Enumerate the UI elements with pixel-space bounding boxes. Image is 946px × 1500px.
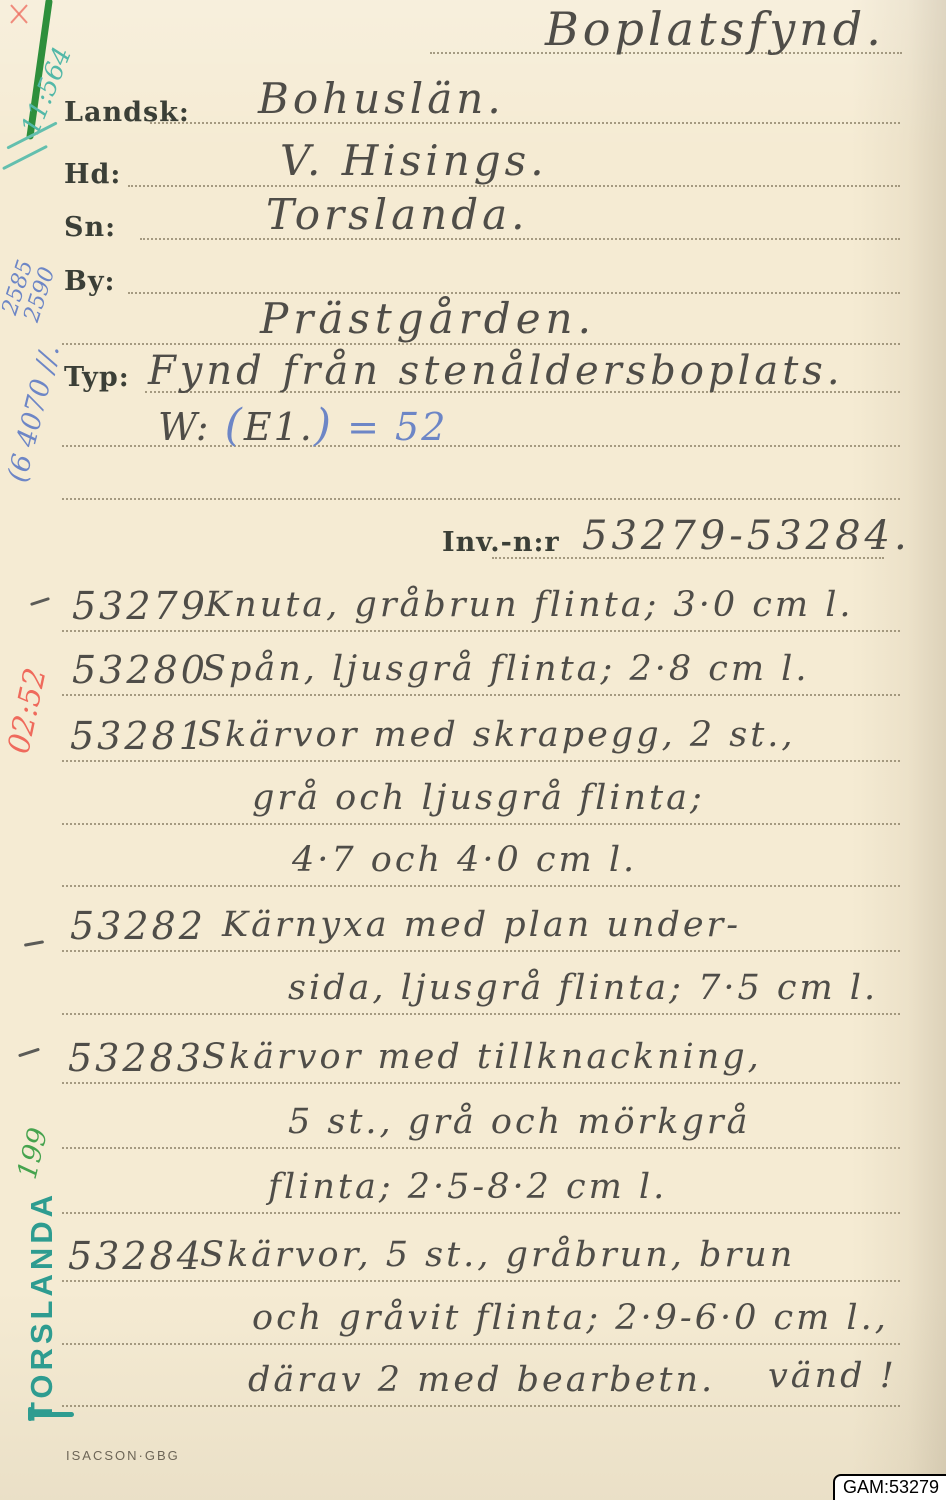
- dotted-line: [62, 1082, 900, 1084]
- ref-code: E1.: [244, 405, 314, 449]
- teal-stamp-edge-mark: [30, 1412, 74, 1417]
- dotted-line: [62, 630, 900, 632]
- dotted-line: [62, 823, 900, 825]
- dotted-line: [62, 1280, 900, 1282]
- item-text: Skärvor med skrapegg, 2 st.,: [198, 716, 796, 755]
- field-value-landsk: Bohuslän.: [258, 76, 505, 122]
- dotted-line: [128, 185, 900, 187]
- dotted-line: [62, 950, 900, 952]
- item-text: Kärnyxa med plan under-: [222, 906, 741, 945]
- dotted-line: [62, 885, 900, 887]
- card-title: Boplatsfynd.: [545, 4, 885, 55]
- catalog-card: Boplatsfynd. Landsk: Hd: Sn: By: Typ: Bo…: [0, 0, 946, 1500]
- item-text: 5 st., grå och mörkgrå: [288, 1103, 750, 1142]
- inventory-label: Inv.-n:r: [442, 528, 560, 558]
- inventory-range: 53279-53284.: [582, 514, 911, 558]
- item-text: Knuta, gråbrun flinta; 3·0 cm l.: [205, 586, 854, 625]
- gam-watermark-label: GAM:53279: [833, 1474, 946, 1500]
- item-text: Skärvor med tillknackning,: [202, 1038, 762, 1077]
- field-label-landsk: Landsk:: [64, 98, 190, 128]
- reference-note: W: (E1.) = 52: [158, 402, 447, 450]
- item-text: grå och ljusgrå flinta;: [252, 779, 705, 818]
- ref-w: W:: [158, 405, 211, 449]
- dotted-line: [62, 694, 900, 696]
- field-value-typ: Fynd från stenåldersboplats.: [148, 349, 844, 393]
- field-value-sn: Torslanda.: [266, 192, 528, 238]
- item-number: 53284: [68, 1236, 204, 1278]
- margin-note-teal-ref: 11:564: [11, 26, 84, 156]
- dotted-line: [62, 760, 900, 762]
- ref-paren-open: (: [225, 400, 244, 451]
- field-value-farm: Prästgården.: [260, 296, 596, 342]
- dotted-line: [62, 498, 900, 500]
- turn-note: vänd !: [768, 1357, 897, 1396]
- ref-paren-close: ): [314, 400, 333, 451]
- item-number: 53282: [70, 906, 206, 948]
- dotted-line: [62, 1147, 900, 1149]
- item-number: 53281: [70, 716, 206, 758]
- dotted-line: [62, 1405, 900, 1407]
- dotted-line: [62, 1212, 900, 1214]
- item-text: sida, ljusgrå flinta; 7·5 cm l.: [288, 969, 878, 1008]
- item-number: 53279: [72, 586, 208, 628]
- ref-equals: = 52: [347, 405, 447, 449]
- dotted-line: [62, 343, 900, 345]
- field-label-sn: Sn:: [64, 213, 116, 243]
- item-text: flinta; 2·5-8·2 cm l.: [268, 1168, 667, 1207]
- field-value-hd: V. Hisings.: [280, 138, 548, 184]
- margin-note-red-ref: 02:52: [0, 630, 59, 793]
- item-text: därav 2 med bearbetn.: [248, 1361, 715, 1400]
- item-text: Spån, ljusgrå flinta; 2·8 cm l.: [202, 650, 809, 689]
- field-label-hd: Hd:: [64, 160, 121, 190]
- field-label-typ: Typ:: [64, 363, 130, 393]
- dotted-line: [62, 1013, 900, 1015]
- item-number: 53280: [72, 650, 208, 692]
- red-cross-mark: [8, 2, 30, 26]
- item-text: Skärvor, 5 st., gråbrun, brun: [200, 1236, 795, 1275]
- margin-dash: [30, 597, 50, 606]
- torslanda-stamp: TORSLANDA: [24, 1184, 60, 1428]
- item-text: och gråvit flinta; 2·9-6·0 cm l.,: [252, 1299, 889, 1338]
- item-text: 4·7 och 4·0 cm l.: [292, 841, 637, 880]
- teal-stamp-edge-tick: [28, 1407, 32, 1421]
- margin-dash: [18, 1048, 40, 1058]
- printer-mark: ISACSON·GBG: [66, 1448, 180, 1463]
- dotted-line: [62, 1343, 900, 1345]
- item-number: 53283: [68, 1038, 204, 1080]
- margin-dash: [24, 940, 44, 946]
